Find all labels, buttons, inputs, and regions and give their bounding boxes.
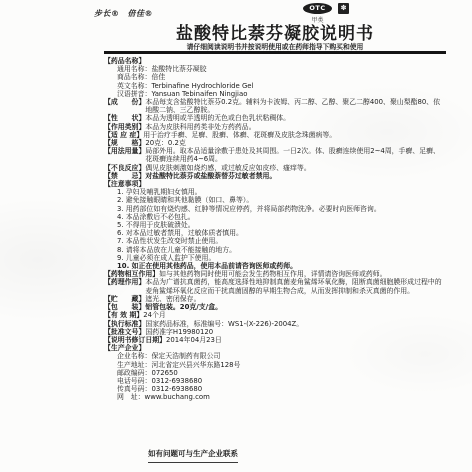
leaflet-row: 电话号码：0312-6938680: [104, 377, 446, 385]
section-label: 【执行标准】: [104, 320, 145, 328]
section-label: 【药理作用】: [104, 278, 145, 294]
leaflet-row: 3. 用药部位如有烧灼感、红肿等情况应停药，并将局部药物洗净。必要时向医师咨询。: [104, 205, 446, 213]
header-divider: [104, 51, 446, 54]
section-text: 国家药品标准，标准编号：WS1-(X-226)-2004Z。: [145, 320, 446, 328]
leaflet-row: 4. 本品涂敷后不必包扎。: [104, 213, 446, 221]
leaflet-row: 8. 请将本品放在儿童不能接触的地方。: [104, 246, 446, 254]
leaflet-row: 企业名称：保定天浩制药有限公司: [104, 352, 446, 360]
leaflet-row: 【贮 藏】遮光、密闭保存。: [104, 295, 446, 303]
section-label: 【作用类别】: [104, 123, 145, 131]
section-text: 网 址：www.buchang.com: [117, 393, 446, 401]
leaflet-row: 【作用类别】本品为皮肤科用药类非处方药药品。: [104, 123, 446, 131]
brand-logo-product: 倍佳®: [128, 9, 154, 18]
otc-badge-icon: OTC: [303, 3, 332, 14]
section-text: 商品名称：倍佳: [117, 73, 446, 81]
leaflet-row: 汉语拼音：Yansuan Tebinaifen Ningjiao: [104, 90, 446, 98]
section-label: 【用法用量】: [104, 147, 145, 163]
section-label: 【禁 忌】: [104, 172, 145, 180]
leaflet-row: 生产地址：河北省定兴县兴华东路128号: [104, 361, 446, 369]
section-text: 通用名称：盐酸特比萘芬凝胶: [117, 65, 446, 73]
leaflet-row: 邮政编码：072650: [104, 369, 446, 377]
leaflet-row: 2. 避免接触眼睛和其他黏膜（如口、鼻等）。: [104, 196, 446, 204]
leaflet-row: 【执行标准】国家药品标准，标准编号：WS1-(X-226)-2004Z。: [104, 320, 446, 328]
footer-contact-note: 如有问题可与生产企业联系: [148, 448, 238, 463]
section-text: 生产地址：河北省定兴县兴华东路128号: [117, 361, 446, 369]
section-text: 20克：0.2克: [145, 139, 446, 147]
brand-logo-buchang: 步长®: [94, 9, 120, 18]
section-text: 2014年04月23日: [166, 336, 446, 344]
section-label: 【贮 藏】: [104, 295, 145, 303]
section-text: 对盐酸特比萘芬或盐酸萘替芬过敏者禁用。: [145, 172, 446, 180]
section-label: 【药品名称】: [104, 57, 145, 65]
leaflet-row: 【药品名称】: [104, 57, 446, 65]
leaflet-row: 【说明书修订日期】2014年04月23日: [104, 336, 446, 344]
section-text: 遮光、密闭保存。: [145, 295, 446, 303]
section-text: 邮政编码：072650: [117, 369, 446, 377]
leaflet-row: 【规 格】20克：0.2克: [104, 139, 446, 147]
section-label: 【规 格】: [104, 139, 145, 147]
section-text: 国药准字H19980120: [145, 328, 446, 336]
leaflet-row: 商品名称：倍佳: [104, 73, 446, 81]
section-text: 铝管包装。20克/支/盒。: [145, 303, 446, 311]
section-text: 电话号码：0312-6938680: [117, 377, 446, 385]
section-text: 本品为广谱抗真菌药，能高度选择性地抑制真菌麦角鲨烯环氧化酶，阻断真菌细胞膜形成过…: [145, 278, 446, 294]
section-text: 用于治疗手癣、足癣、股癣、体癣、花斑癣及皮肤念珠菌病等。: [143, 131, 446, 139]
leaflet-row: 【适 应 症】用于治疗手癣、足癣、股癣、体癣、花斑癣及皮肤念珠菌病等。: [104, 131, 446, 139]
section-text: 企业名称：保定天浩制药有限公司: [117, 352, 446, 360]
leaflet-row: 【禁 忌】对盐酸特比萘芬或盐酸萘替芬过敏者禁用。: [104, 172, 446, 180]
leaflet-row: 7. 本品性状发生改变时禁止使用。: [104, 237, 446, 245]
leaflet-row: 【性 状】本品为透明或半透明的无色或白色乳状粘稠体。: [104, 114, 446, 122]
leaflet-row: 【批准文号】国药准字H19980120: [104, 328, 446, 336]
section-text: 4. 本品涂敷后不必包扎。: [117, 213, 446, 221]
brand-logos: 步长®倍佳®: [94, 8, 161, 19]
leaflet-page: 步长®倍佳® OTC ✽ 甲类 盐酸特比萘芬凝胶说明书 请仔细阅读说明书并按说明…: [0, 0, 472, 472]
section-label: 【说明书修订日期】: [104, 336, 166, 344]
leaflet-row: 【用法用量】局部外用。取本品适量涂敷于患处及其周围。一日2次。体、股癣连续使用2…: [104, 147, 446, 163]
section-text: 本品为皮肤科用药类非处方药药品。: [145, 123, 446, 131]
section-text: 本品每支含盐酸特比萘芬0.2克。辅料为卡波姆、丙二醇、乙醇、聚乙二醇400、聚山…: [145, 98, 446, 114]
section-label: 【适 应 症】: [104, 131, 143, 139]
seal-icon: ✽: [338, 3, 349, 14]
section-label: 【不良反应】: [104, 164, 145, 172]
leaflet-row: 【成 份】本品每支含盐酸特比萘芬0.2克。辅料为卡波姆、丙二醇、乙醇、聚乙二醇4…: [104, 98, 446, 114]
section-text: 2. 避免接触眼睛和其他黏膜（如口、鼻等）。: [117, 196, 446, 204]
section-text: 3. 用药部位如有烧灼感、红肿等情况应停药，并将局部药物洗净。必要时向医师咨询。: [117, 205, 446, 213]
leaflet-row: 【有 效 期】24个月: [104, 311, 446, 319]
leaflet-row: 9. 儿童必须在成人监护下使用。: [104, 254, 446, 262]
section-label: 【有 效 期】: [104, 311, 143, 319]
section-text: 9. 儿童必须在成人监护下使用。: [117, 254, 446, 262]
leaflet-row: 【不良反应】偶见皮肤刺激如烧灼感，或过敏反应如皮疹、瘙痒等。: [104, 164, 446, 172]
section-label: 【成 份】: [104, 98, 145, 114]
leaflet-body: 【药品名称】通用名称：盐酸特比萘芬凝胶商品名称：倍佳英文名称：Terbinafi…: [104, 57, 446, 402]
section-text: 8. 请将本品放在儿童不能接触的地方。: [117, 246, 446, 254]
section-text: 本品为透明或半透明的无色或白色乳状粘稠体。: [145, 114, 446, 122]
leaflet-row: 【药理作用】本品为广谱抗真菌药，能高度选择性地抑制真菌麦角鲨烯环氧化酶，阻断真菌…: [104, 278, 446, 294]
section-text: 英文名称：Terbinafine Hydrochloride Gel: [117, 82, 446, 90]
section-text: 24个月: [143, 311, 446, 319]
section-text: 局部外用。取本品适量涂敷于患处及其周围。一日2次。体、股癣连续使用2~4周，手癣…: [145, 147, 446, 163]
section-text: 偶见皮肤刺激如烧灼感，或过敏反应如皮疹、瘙痒等。: [145, 164, 446, 172]
section-label: 【批准文号】: [104, 328, 145, 336]
section-text: 汉语拼音：Yansuan Tebinaifen Ningjiao: [117, 90, 446, 98]
section-label: 【性 状】: [104, 114, 145, 122]
page-subtitle: 请仔细阅读说明书并按说明使用或在药师指导下购买和使用: [104, 41, 446, 51]
leaflet-row: 网 址：www.buchang.com: [104, 393, 446, 401]
section-text: 7. 本品性状发生改变时禁止使用。: [117, 237, 446, 245]
leaflet-row: 英文名称：Terbinafine Hydrochloride Gel: [104, 82, 446, 90]
